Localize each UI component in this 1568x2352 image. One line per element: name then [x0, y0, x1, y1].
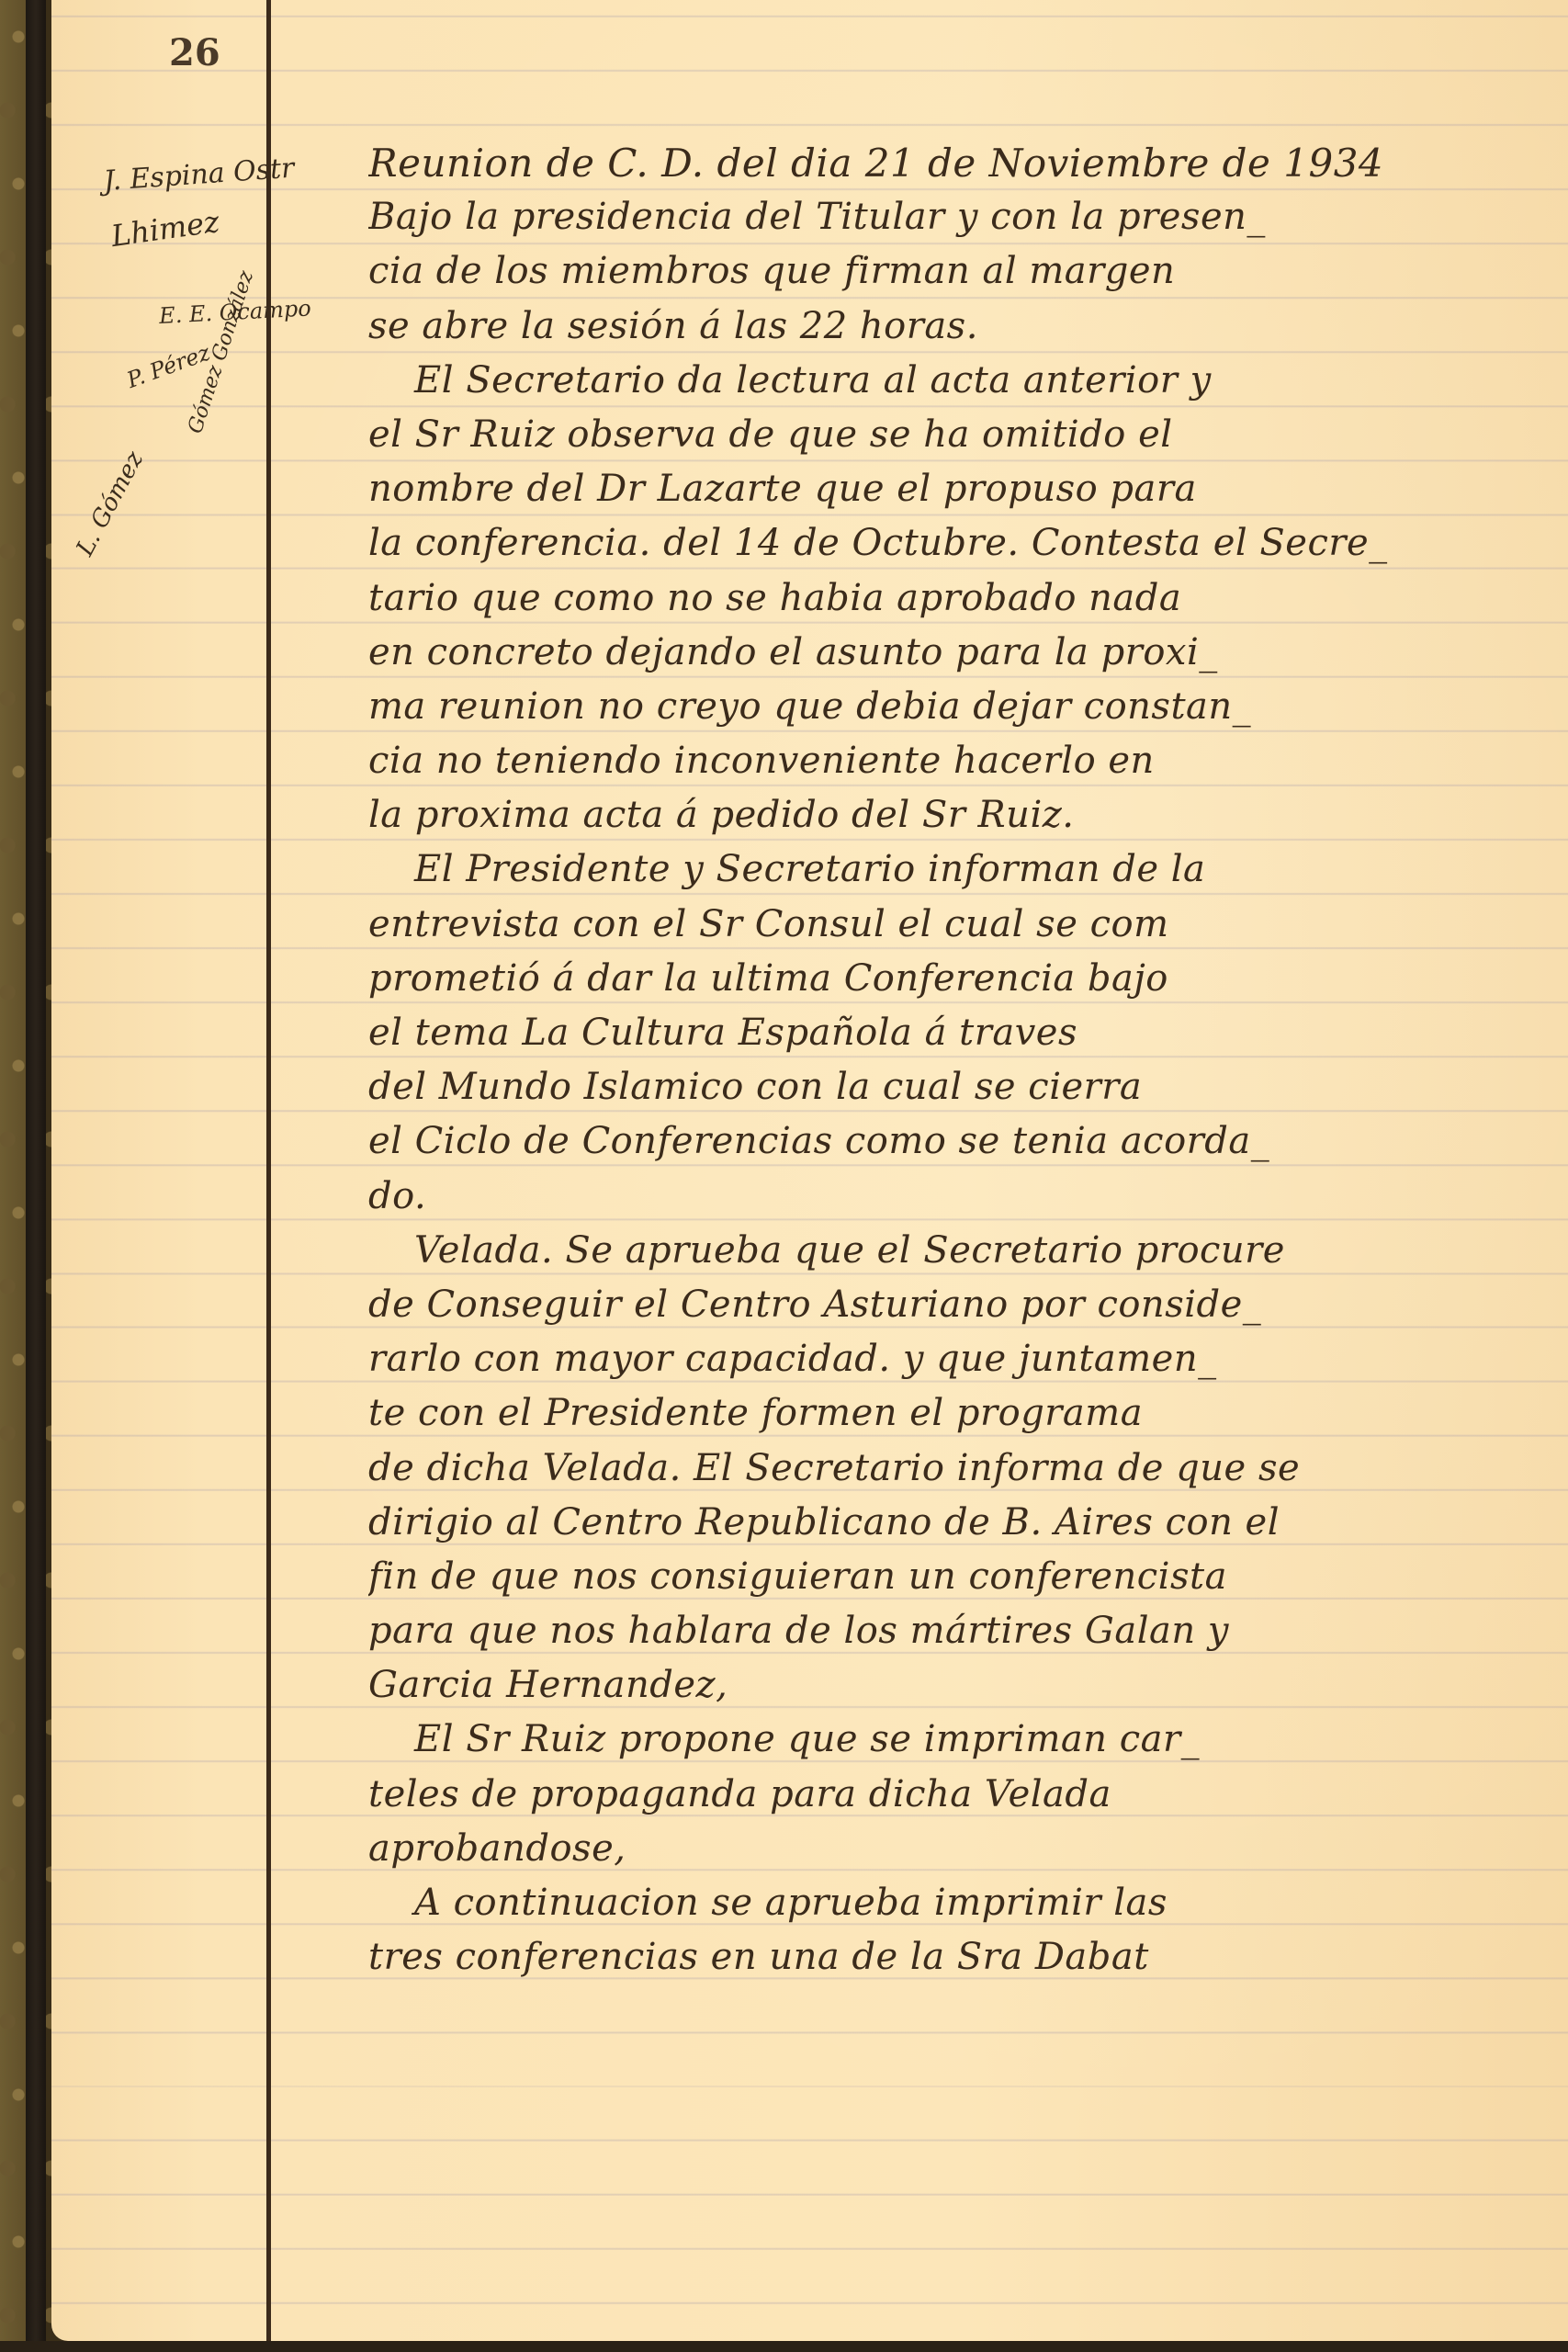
text-line: nombre del Dr Lazarte que el propuso par…: [368, 462, 1553, 516]
text-line: Bajo la presidencia del Titular y con la…: [368, 190, 1553, 244]
text-line: la proxima acta á pedido del Sr Ruiz.: [368, 788, 1553, 842]
text-line: de Conseguir el Centro Asturiano por con…: [368, 1278, 1553, 1332]
text-line: cia de los miembros que firman al margen: [368, 244, 1553, 299]
text-line: de dicha Velada. El Secretario informa d…: [368, 1442, 1553, 1496]
text-line: A continuacion se aprueba imprimir las: [368, 1876, 1553, 1930]
ledger-page: 26 J. Espina OstrLhimezE. E. OcampoP. Pé…: [51, 0, 1568, 2341]
text-line: tres conferencias en una de la Sra Dabat: [368, 1930, 1553, 1984]
text-line: el Sr Ruiz observa de que se ha omitido …: [368, 408, 1553, 462]
text-line: ma reunion no creyo que debia dejar cons…: [368, 680, 1553, 734]
text-line: rarlo con mayor capacidad. y que juntame…: [368, 1332, 1553, 1386]
ledger-binding: [26, 0, 46, 2352]
text-line: tario que como no se habia aprobado nada: [368, 571, 1553, 626]
text-line: cia no teniendo inconveniente hacerlo en: [368, 734, 1553, 788]
text-line: Velada. Se aprueba que el Secretario pro…: [368, 1224, 1553, 1278]
text-line: do.: [368, 1170, 1553, 1224]
margin-signatures: J. Espina OstrLhimezE. E. OcampoP. Pérez…: [105, 165, 270, 680]
text-line: el tema La Cultura Española á traves: [368, 1006, 1553, 1060]
minutes-body: Reunion de C. D. del dia 21 de Noviembre…: [368, 136, 1553, 1984]
margin-signature: Lhimez: [109, 204, 221, 254]
text-line: fin de que nos consiguieran un conferenc…: [368, 1550, 1553, 1604]
text-line: te con el Presidente formen el programa: [368, 1386, 1553, 1441]
text-line: dirigio al Centro Republicano de B. Aire…: [368, 1496, 1553, 1550]
ledger-bottom-edge: [0, 2341, 1568, 2352]
text-line: en concreto dejando el asunto para la pr…: [368, 626, 1553, 680]
text-line: el Ciclo de Conferencias como se tenia a…: [368, 1114, 1553, 1169]
text-line: Garcia Hernandez,: [368, 1658, 1553, 1713]
page-number: 26: [169, 31, 220, 74]
text-line: El Sr Ruiz propone que se impriman car_: [368, 1713, 1553, 1767]
text-line: teles de propaganda para dicha Velada: [368, 1768, 1553, 1822]
text-line: El Presidente y Secretario informan de l…: [368, 842, 1553, 897]
text-line: El Secretario da lectura al acta anterio…: [368, 354, 1553, 408]
text-line: para que nos hablara de los mártires Gal…: [368, 1604, 1553, 1658]
text-line: prometió á dar la ultima Conferencia baj…: [368, 952, 1553, 1006]
text-line: se abre la sesión á las 22 horas.: [368, 300, 1553, 354]
text-line: aprobandose,: [368, 1822, 1553, 1876]
text-line: la conferencia. del 14 de Octubre. Conte…: [368, 516, 1553, 571]
text-line: entrevista con el Sr Consul el cual se c…: [368, 898, 1553, 952]
minutes-heading: Reunion de C. D. del dia 21 de Noviembre…: [368, 136, 1553, 190]
text-line: del Mundo Islamico con la cual se cierra: [368, 1060, 1553, 1114]
